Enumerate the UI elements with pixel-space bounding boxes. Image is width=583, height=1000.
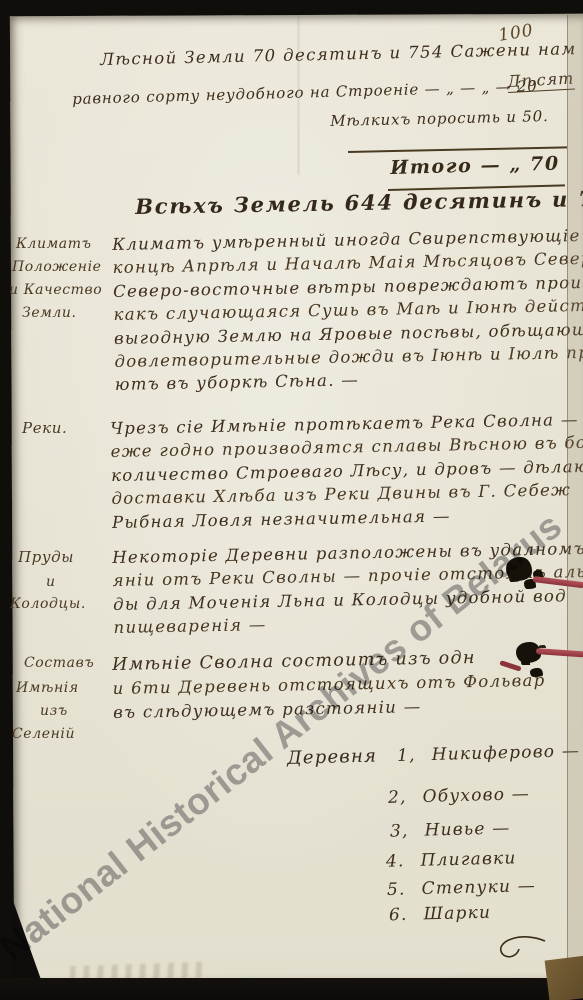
corner-fragment (545, 956, 583, 1000)
margin-label-composition-1: Составъ (24, 655, 94, 671)
village-name: Шарки (423, 903, 491, 925)
village-name: Обухово — (422, 784, 530, 807)
total-label: Итого — „ 70 (390, 153, 560, 179)
village-row-4: 4. Плигавки (386, 848, 517, 871)
village-name: Никиферово — (432, 741, 581, 765)
pen-flourish-icon (495, 934, 547, 964)
summary-line-1: Лѣсной Земли 70 десятинъ и 754 Сажени на… (100, 39, 577, 69)
village-name: Нивье — (424, 818, 510, 840)
margin-label-climate-4: Земли. (22, 305, 77, 321)
village-number: 2, (388, 787, 407, 807)
crease-line (298, 15, 299, 175)
village-number: 4. (386, 851, 405, 871)
village-name: Плигавки (420, 848, 516, 871)
fold-line (567, 15, 583, 987)
village-row-6: 6. Шарки (389, 903, 492, 926)
village-intro: Деревня (287, 745, 378, 768)
village-row-1: Деревня 1, Никиферово — (287, 740, 580, 769)
village-name: Степуки — (421, 876, 536, 899)
margin-label-climate-3: и Качество (9, 282, 102, 298)
village-row-5: 5. Степуки — (387, 876, 536, 900)
margin-label-composition-4: Селеній (12, 726, 75, 742)
scan-bottom-band (0, 978, 583, 1000)
village-row-2: 2, Обухово — (388, 784, 530, 808)
village-number: 3, (390, 821, 409, 841)
margin-label-ponds-2: и (46, 574, 56, 590)
scan-background: { "watermark": { "text": "National Histo… (0, 0, 583, 1000)
summary-line-2: равного сорту неудобного на Строеніе — „… (72, 77, 538, 108)
village-number: 6. (389, 905, 408, 925)
margin-label-rivers: Реки. (22, 419, 67, 437)
village-number: 5. (387, 879, 406, 899)
margin-label-composition-3: изъ (40, 703, 68, 719)
village-number: 1, (397, 745, 416, 765)
paragraph-climate: Климатъ умѣренный иногда Свирепствующіе … (112, 222, 583, 397)
summary-line-3: Мѣлкихъ поросить и 50. (330, 107, 549, 130)
paragraph-rivers: Чрезъ сіе Имѣніе протѣкаетъ Река Сволна … (110, 407, 583, 534)
margin-label-composition-2: Имѣнія (16, 680, 79, 696)
margin-label-ponds-3: Колодцы. (10, 596, 86, 612)
manuscript-content: 100 Лѣсной Земли 70 десятинъ и 754 Сажен… (0, 0, 583, 1000)
margin-label-ponds-1: Пруды (18, 548, 74, 566)
margin-label-climate-1: Климатъ (16, 236, 92, 252)
margin-label-climate-2: Положеніе (12, 259, 102, 275)
village-row-3: 3, Нивье — (390, 818, 511, 841)
section-heading: Всѣхъ Земель 644 десятинъ и 754 с (135, 185, 583, 219)
total-rule (348, 146, 567, 153)
